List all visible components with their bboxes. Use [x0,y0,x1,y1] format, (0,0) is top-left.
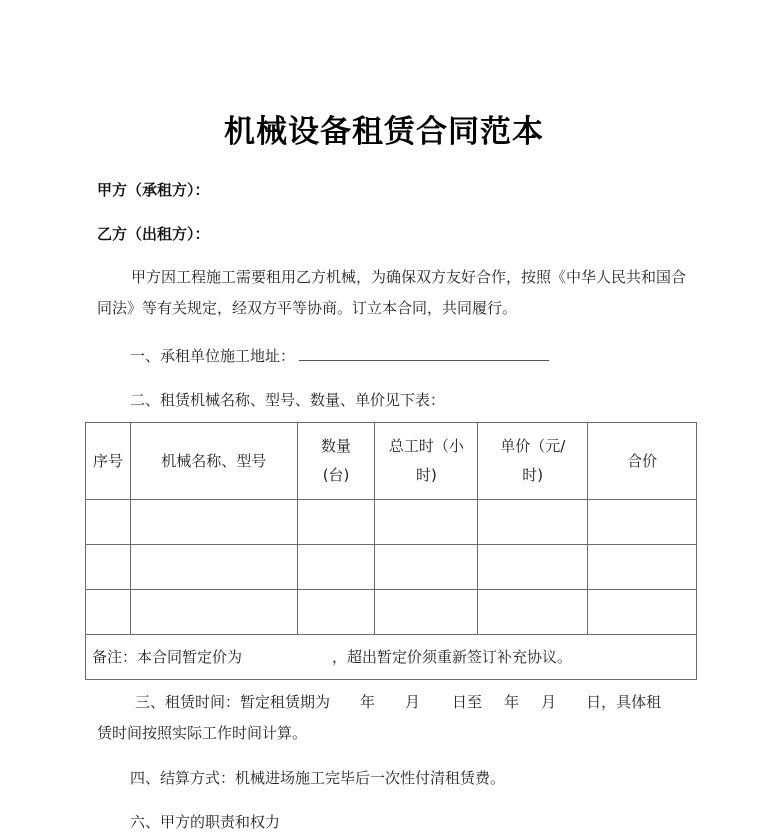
table-cell[interactable] [588,590,697,635]
clause-1-label: 一、承租单位施工地址： [130,347,295,365]
table-row [86,590,697,635]
table-cell[interactable] [130,500,297,545]
table-cell[interactable] [86,500,131,545]
table-row [86,545,697,590]
table-cell[interactable] [86,545,131,590]
table-cell[interactable] [375,500,478,545]
table-row [86,500,697,545]
year-label: 年 [504,693,519,711]
clause-4: 四、结算方式：机械进场施工完毕后一次性付清租赁费。 [130,767,505,788]
table-cell[interactable] [478,545,588,590]
note-prefix: 备注：本合同暂定价为 [92,648,242,666]
table-cell[interactable] [375,590,478,635]
table-note: 备注：本合同暂定价为，超出暂定价须重新签订补充协议。 [86,635,697,680]
header-quantity: 数量(台) [297,423,375,500]
day-label: 日，具体租 [586,693,661,711]
year-label: 年 [360,693,375,711]
table-cell[interactable] [86,590,131,635]
header-unit-price: 单价（元/时) [478,423,588,500]
clause-3: 三、租赁时间：暂定租赁期为年月日至年月日，具体租 [135,691,661,712]
intro-paragraph: 甲方因工程施工需要租用乙方机械，为确保双方友好合作，按照《中华人民共和国合同法》… [97,262,697,324]
document-title: 机械设备租赁合同范本 [0,106,768,151]
header-total-price: 合价 [588,423,697,500]
party-b-label: 乙方（出租方）： [97,223,210,244]
month-label: 月 [541,693,556,711]
clause-2: 二、租赁机械名称、型号、数量、单价见下表： [130,389,445,410]
table-cell[interactable] [297,500,375,545]
note-suffix: ，超出暂定价须重新签订补充协议。 [332,648,572,666]
table-cell[interactable] [588,500,697,545]
clause-6: 六、甲方的职责和权力 [130,811,280,832]
table-cell[interactable] [478,590,588,635]
table-cell[interactable] [130,590,297,635]
header-serial-number: 序号 [86,423,131,500]
month-label: 月 [405,693,420,711]
table-cell[interactable] [588,545,697,590]
table-cell[interactable] [297,545,375,590]
table-note-row: 备注：本合同暂定价为，超出暂定价须重新签订补充协议。 [86,635,697,680]
rental-machinery-table: 序号 机械名称、型号 数量(台) 总工时（小时) 单价（元/时) 合价 [85,422,697,680]
table-cell[interactable] [130,545,297,590]
table-cell[interactable] [297,590,375,635]
table-header-row: 序号 机械名称、型号 数量(台) 总工时（小时) 单价（元/时) 合价 [86,423,697,500]
day-to-label: 日至 [452,693,482,711]
table-cell[interactable] [375,545,478,590]
header-machine-name-model: 机械名称、型号 [130,423,297,500]
header-total-hours: 总工时（小时) [375,423,478,500]
table-cell[interactable] [478,500,588,545]
clause-3-continuation: 赁时间按照实际工作时间计算。 [97,722,307,743]
party-a-label: 甲方（承租方）： [97,179,210,200]
clause-3-prefix: 三、租赁时间：暂定租赁期为 [135,693,330,711]
address-blank-field[interactable] [299,345,549,361]
clause-1: 一、承租单位施工地址： [130,345,549,366]
